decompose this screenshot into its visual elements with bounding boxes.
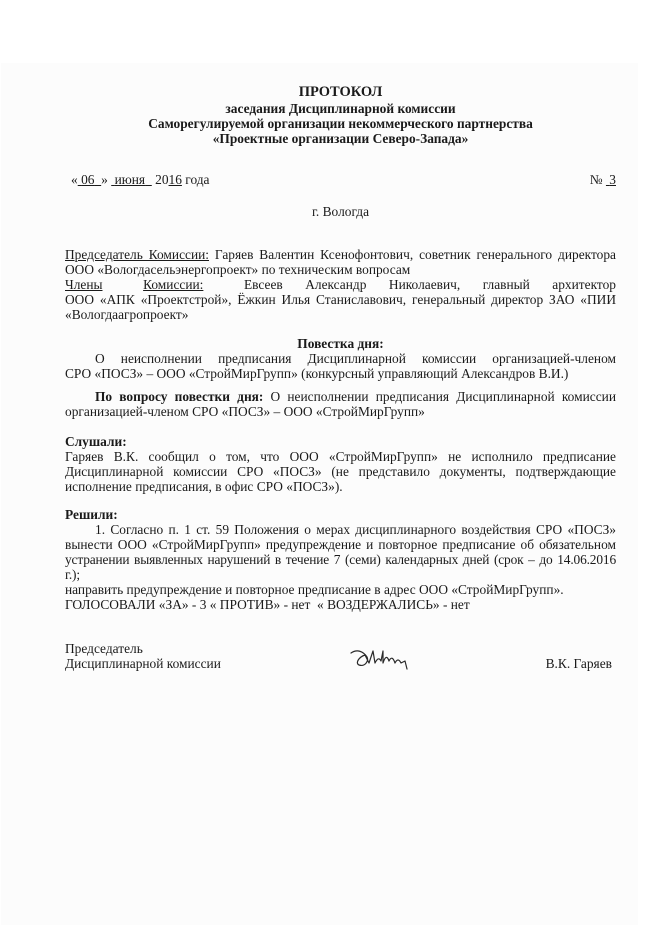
members-text-1: Евсеев Александр Николаевич, главный арх… bbox=[244, 277, 616, 292]
decided-line-4: направить предупреждение и повторное пре… bbox=[65, 582, 616, 597]
scanned-page bbox=[1, 63, 638, 925]
date-close-quote: » bbox=[101, 172, 108, 187]
heard-line-1: Гаряев В.К. сообщил о том, что ООО «Стро… bbox=[65, 449, 616, 464]
agenda-question-text-1: О неисполнении предписания Дисциплинарно… bbox=[271, 389, 616, 404]
agenda-section: Повестка дня: О неисполнении предписания… bbox=[65, 336, 616, 381]
signatory-role: Председатель Дисциплинарной комиссии bbox=[65, 641, 221, 671]
signatory-role-line-2: Дисциплинарной комиссии bbox=[65, 656, 221, 671]
date-open-quote: « bbox=[71, 172, 78, 187]
subtitle-line-3: «Проектные организации Северо-Запада» bbox=[65, 131, 616, 146]
meeting-date: « 06 » июня 2016 года bbox=[71, 172, 210, 187]
chair-label: Председатель Комиссии: bbox=[65, 247, 209, 262]
members-label-word-2: Комиссии: bbox=[143, 277, 203, 292]
agenda-line-1: О неисполнении предписания Дисциплинарно… bbox=[65, 351, 616, 366]
decided-section: Решили: 1. Согласно п. 1 ст. 59 Положени… bbox=[65, 507, 616, 597]
agenda-line-2: СРО «ПОСЗ» – ООО «СтройМирГрупп» (конкур… bbox=[65, 366, 616, 381]
date-day: 06 bbox=[78, 172, 101, 187]
signature-block: Председатель Дисциплинарной комиссии В.К… bbox=[65, 641, 616, 681]
protocol-number: № 3 bbox=[590, 172, 616, 187]
date-number-row: « 06 » июня 2016 года № 3 bbox=[65, 172, 616, 188]
heard-heading: Слушали: bbox=[65, 434, 616, 449]
document-title: ПРОТОКОЛ bbox=[65, 84, 616, 101]
agenda-question-line-2: организацией-членом СРО «ПОСЗ» – ООО «Ст… bbox=[65, 404, 616, 419]
number-label: № bbox=[590, 172, 603, 187]
decided-heading: Решили: bbox=[65, 507, 616, 522]
agenda-heading: Повестка дня: bbox=[65, 336, 616, 351]
agenda-question-line-1: По вопросу повестки дня: О неисполнении … bbox=[65, 389, 616, 404]
agenda-question-section: По вопросу повестки дня: О неисполнении … bbox=[65, 389, 616, 419]
members-line-3: «Вологдаагропроект» bbox=[65, 307, 616, 322]
participants-section: Председатель Комиссии: Гаряев Валентин К… bbox=[65, 247, 616, 322]
signatory-name: В.К. Гаряев bbox=[546, 656, 612, 671]
signatory-role-line-1: Председатель bbox=[65, 641, 221, 656]
date-year-prefix: 20 bbox=[155, 172, 168, 187]
chair-line-2: ООО «Вологдасельэнергопроект» по техниче… bbox=[65, 262, 616, 277]
decided-line-1: 1. Согласно п. 1 ст. 59 Положения о мера… bbox=[65, 522, 616, 537]
date-year-word: года bbox=[185, 172, 209, 187]
chair-text-1: Гаряев Валентин Ксенофонтович, советник … bbox=[215, 247, 616, 262]
city: г. Вологда bbox=[65, 204, 616, 219]
heard-line-3: исполнение предписания, в офис СРО «ПОСЗ… bbox=[65, 479, 616, 494]
heard-section: Слушали: Гаряев В.К. сообщил о том, что … bbox=[65, 434, 616, 494]
subtitle-line-2: Саморегулируемой организации некоммерчес… bbox=[65, 116, 616, 131]
chair-line-1: Председатель Комиссии: Гаряев Валентин К… bbox=[65, 247, 616, 262]
agenda-question-label: По вопросу повестки дня: bbox=[95, 389, 263, 404]
decided-line-2: вынести ООО «СтройМирГрупп» предупрежден… bbox=[65, 537, 616, 552]
heard-line-2: Дисциплинарной комиссии СРО «ПОСЗ» (не п… bbox=[65, 464, 616, 479]
number-value: 3 bbox=[606, 172, 616, 187]
members-label-word-1: Члены bbox=[65, 277, 103, 292]
date-year-suffix: 16 bbox=[169, 172, 182, 187]
protocol-document: ПРОТОКОЛ заседания Дисциплинарной комисс… bbox=[65, 84, 616, 146]
voting-result: ГОЛОСОВАЛИ «ЗА» - 3 « ПРОТИВ» - нет « ВО… bbox=[65, 597, 616, 612]
decided-line-3: устранении выявленных нарушений в течени… bbox=[65, 552, 616, 582]
subtitle-line-1: заседания Дисциплинарной комиссии bbox=[65, 101, 616, 116]
date-month: июня bbox=[111, 172, 152, 187]
document-header: ПРОТОКОЛ заседания Дисциплинарной комисс… bbox=[65, 84, 616, 146]
members-line-1: Члены Комиссии: Евсеев Александр Николае… bbox=[65, 277, 616, 292]
signature-icon bbox=[349, 645, 419, 675]
members-line-2: ООО «АПК «Проектстрой», Ёжкин Илья Стани… bbox=[65, 292, 616, 307]
